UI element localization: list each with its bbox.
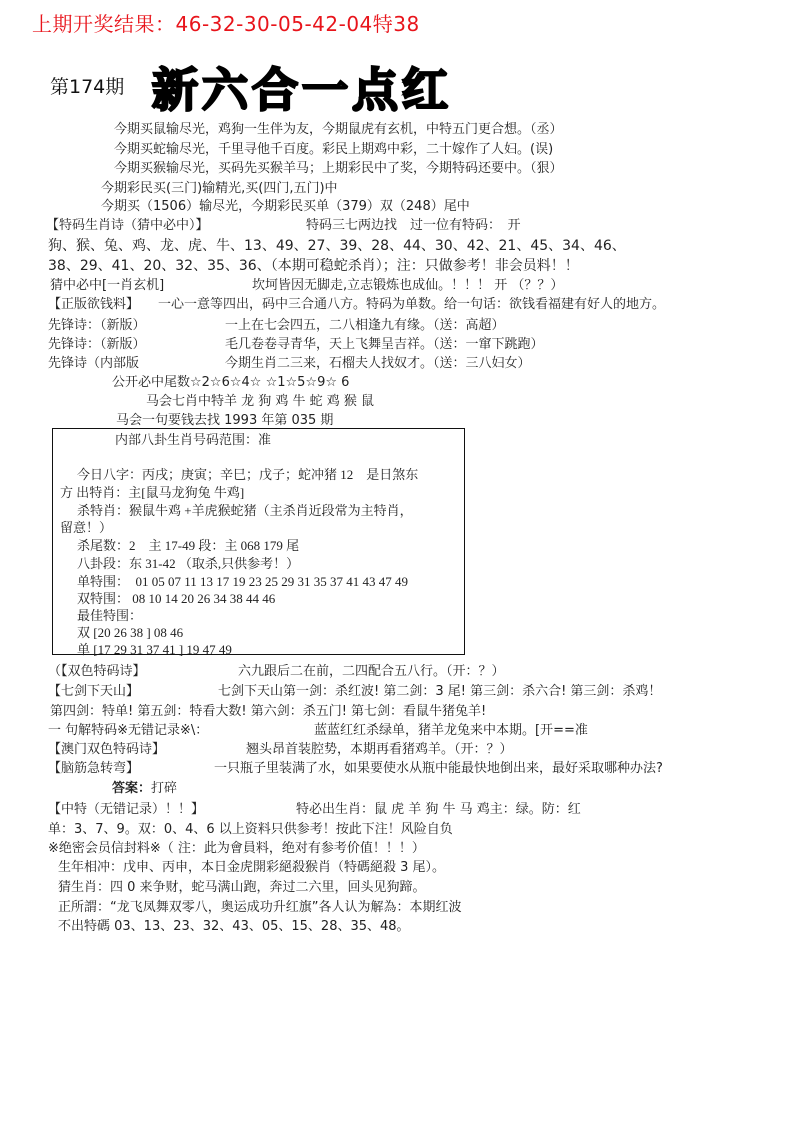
one-sentence-text: 蓝蓝红红杀绿单，猪羊龙兔来中本期。[开==准 [314,722,588,740]
guess-text: 坎坷皆因无脚走,立志锻炼也成仙。！！！ 开 （？？） [252,277,563,295]
box-kill: 杀特肖：猴鼠牛鸡 +羊虎猴蛇猪（主杀肖近段常为主特肖， [77,502,413,520]
box-bazi: 今日八字：丙戌；庚寅；辛巳；戊子；蛇冲猪 12 是日煞东 [77,466,418,484]
xianfeng-label: 先锋诗（内部版 [48,355,139,373]
xianfeng-text: 今期生肖二三来，石榴夫人找奴才。（送：三八妇女） [225,355,531,373]
box-kill-tail: 杀尾数：2 主 17-49 段：主 068 179 尾 [77,537,299,555]
zhongte-text-2: 单：3、7、9。双：0、4、6 以上资料只供参考！按此下注！风险自负 [48,821,453,839]
tema-poem-line: 38、29、41、20、32、35、36、（本期可稳蛇杀肖）；注：只做参考！非会… [48,257,579,275]
mahui-seven: 马会七肖中特羊 龙 狗 鸡 牛 蛇 鸡 猴 鼠 [146,393,374,411]
intro-line: 今期彩民买(三门)输精光,买(四门,五门)中 [101,180,338,198]
zhengban-text: 一心一意等四出，码中三合通八方。特码为单数。给一句话：欲钱看福建有好人的地方。 [158,296,665,314]
macau-color-text: 翘头昂首装腔势，本期再看猪鸡羊。（开：？） [246,741,513,759]
box-bagua: 八卦段：东 31-42 （取杀,只供参考！） [77,555,299,573]
box-best-even: 双 [20 26 38 ] 08 46 [77,624,183,642]
intro-line: 今期买（1506）输尽光，今期彩民买单（379）双（248）尾中 [101,198,470,216]
riddle-label: 【脑筋急转弯】 [48,760,139,778]
intro-line: 今期买蛇输尽光，千里寻他千百度。彩民上期鸡中彩，二十嫁作了人妇。(误) [114,141,553,159]
issue-number: 第174期 [50,72,124,99]
zhongte-text: 特必出生肖：鼠 虎 羊 狗 牛 马 鸡主：绿。防：红 [296,801,581,819]
box-even-label: 双特围： [77,591,129,606]
box-kill-2: 留意！） [60,519,112,537]
last-result-label: 上期开奖结果： [32,12,176,36]
secret-line: ※绝密会员信封料※（ 注：此为會員料，绝对有参考价值！！！） [48,840,425,858]
secret-line-1: 生年相冲：戊申、丙申，本日金虎開彩絕殺猴肖（特碼絕殺 3 尾）。 [58,859,445,877]
seven-swords-text-2: 第四剑：特单! 第五剑：特看大数! 第六剑：杀五门! 第七剑：看鼠牛猪兔羊! [50,703,486,721]
zhengban-label: 【正版欲钱料】 [48,296,139,314]
box-best-odd: 单 [17 29 31 37 41 ] 19 47 49 [77,641,232,659]
box-odd: 单特围： 01 05 07 11 13 17 19 23 25 29 31 35… [77,573,408,591]
double-color-label: （【双色特码诗】 [48,663,146,681]
riddle-answer-label: 答案： [112,781,151,796]
secret-note: （ 注：此为會員料，绝对有参考价值！！！） [161,841,425,856]
last-result-numbers: 46-32-30-05-42-04特38 [176,12,420,36]
seven-swords-label: 【七剑下天山】 [48,683,139,701]
xianfeng-label: 先锋诗：（新版） [48,317,146,335]
secret-label: ※绝密会员信封料※ [48,841,161,856]
xianfeng-label: 先锋诗：（新版） [48,336,146,354]
guess-label: 猜中必中[一肖玄机] [50,277,164,295]
riddle-answer-text: 打碎 [151,781,177,796]
tema-poem-label: 【特码生肖诗（猜中必中）】 [46,217,209,235]
tema-poem-text: 特码三七两边找 过一位有特码： 开 [306,217,521,235]
secret-line-4: 不出特碼 03、13、23、32、43、05、15、28、35、48。 [58,918,410,936]
secret-line-2: 猜生肖：四 0 来争财，蛇马满山跑，奔过二六里，回头见狗蹄。 [58,879,426,897]
gongkai-tail: 公开必中尾数☆2☆6☆4☆ ☆1☆5☆9☆ 6 [112,374,349,392]
intro-line: 今期买猴输尽光，买码先买猴羊马；上期彩民中了奖，今期特码还要中。（狠） [114,160,563,178]
double-color-text: 六九跟后二在前，二四配合五八行。（开：？） [238,663,505,681]
box-even-numbers: 08 10 14 20 26 34 38 44 46 [132,591,275,606]
xianfeng-text: 一上在七会四五，二八相逢九有缘。（送：高超） [225,317,505,335]
one-sentence-label: 一 句解特码※无错记录※\： [48,722,208,740]
zhongte-label: 【中特（无错记录）！！】 [48,801,204,819]
secret-line-3: 正所謂：“龙飞凤舞双零八，奥运成功升红旗”各人认为解為：本期红波 [58,899,461,917]
xianfeng-text: 毛几卷卷寻青华，天上飞舞呈吉祥。（送：一窜下跳跑） [225,336,544,354]
box-even: 双特围： 08 10 14 20 26 34 38 44 46 [77,590,275,608]
box-odd-label: 单特围： [77,574,129,589]
page-title: 新六合一点红 [152,54,452,120]
last-result: 上期开奖结果：46-32-30-05-42-04特38 [32,8,420,37]
box-title: 内部八卦生肖号码范围：准 [115,432,271,450]
seven-swords-text: 七剑下天山第一剑：杀红波! 第二剑：3 尾! 第三剑：杀六合! 第三剑：杀鸡！ [218,683,661,701]
box-odd-numbers: 01 05 07 11 13 17 19 23 25 29 31 35 37 4… [136,574,409,589]
riddle-answer: 答案：打碎 [112,780,177,798]
tema-poem-line: 狗、猴、兔、鸡、龙、虎、牛、13、49、27、39、28、44、30、42、21… [48,237,626,255]
riddle-text: 一只瓶子里装满了水，如果要使水从瓶中能最快地倒出来，最好采取哪种办法? [214,760,663,778]
macau-color-label: 【澳门双色特码诗】 [48,741,165,759]
box-bazi-2: 方 出特肖：主[鼠马龙狗兔 牛鸡] [60,484,244,502]
intro-line: 今期买鼠输尽光，鸡狗一生伴为友，今期鼠虎有玄机，中特五门更合想。（丞） [114,121,563,139]
box-best-label: 最佳特围： [77,607,142,625]
